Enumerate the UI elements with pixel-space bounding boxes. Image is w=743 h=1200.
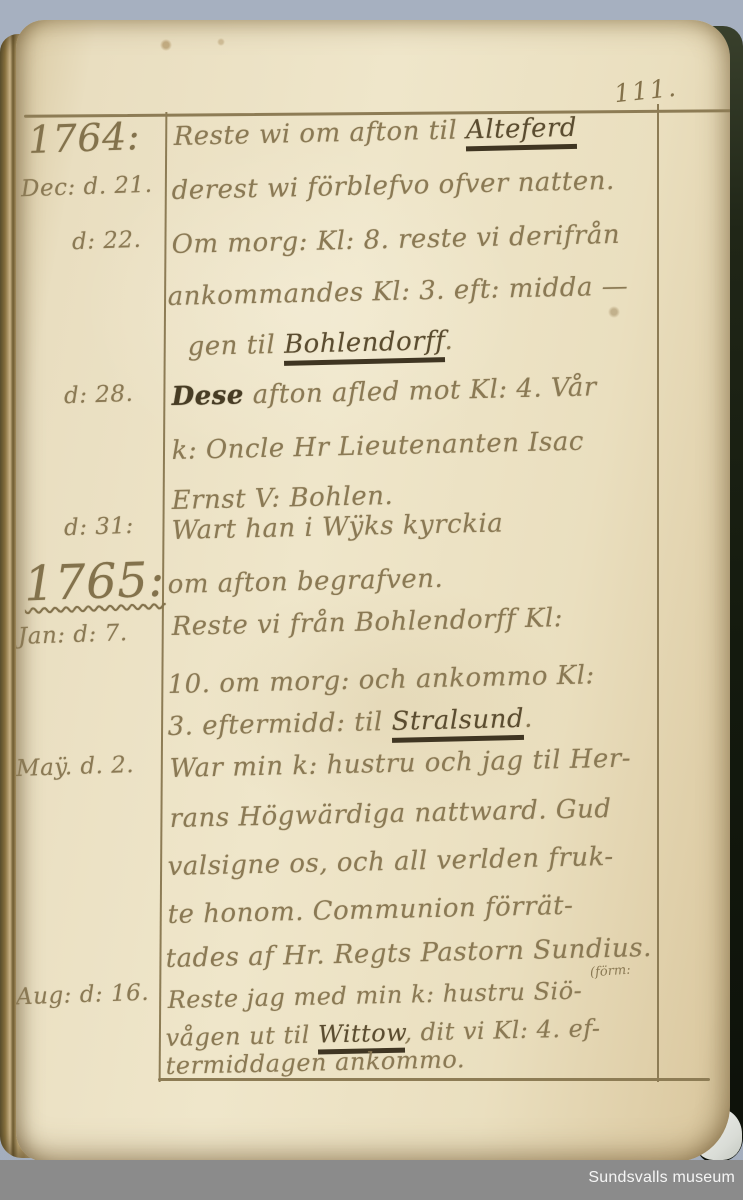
diary-line: Reste jag med min k: hustru Siö- [167,977,582,1014]
diary-line: Reste wi om afton til Alteferd [173,113,577,152]
diary-line: k: Oncle Hr Lieutenanten Isac [171,427,584,466]
place-name-alteferd: Alteferd [466,113,578,152]
margin-year-1765-text: 1765: [23,552,166,613]
margin-date-d31: d: 31: [64,513,135,541]
margin-date-d22: d: 22. [72,227,142,255]
ruled-line-right-margin [657,104,659,1082]
ruled-line-bottom [158,1078,710,1081]
margin-year-1764: 1764: [27,114,140,162]
place-name-bohlendorff: Bohlendorff [284,326,445,366]
diary-line: gen til Bohlendorff. [187,326,453,362]
margin-year-1765: 1765: [23,552,166,613]
margin-date-may2: Maÿ. d. 2. [16,752,135,782]
diary-line: Reste vi från Bohlendorff Kl: [171,603,563,642]
museum-credit-text: Sundsvalls museum [588,1169,735,1187]
museum-credit-bar: Sundsvalls museum [0,1160,743,1200]
diary-line: valsigne os, och all verlden fruk- [167,842,614,882]
diary-line: tades af Hr. Regts Pastorn Sundius. [165,933,652,974]
manuscript-page: 111. 1764: Dec: d. 21. d: 22. d: 28. d: … [16,20,730,1162]
interlinear-note: (förm: [590,963,632,981]
place-name-stralsund: Stralsund [391,704,524,743]
emphasized-word: Dese [171,380,244,412]
diary-line: termiddagen ankommo. [165,1045,465,1080]
diary-line: derest wi förblefvo ofver natten. [171,166,615,206]
margin-date-aug16: Aug: d: 16. [16,980,149,1011]
diary-line: Dese afton afled mot Kl: 4. Vår [171,372,597,412]
page-number: 111. [613,73,679,108]
diary-line: om afton begrafven. [167,564,443,600]
diary-line: War min k: hustru och jag til Her- [169,744,631,784]
margin-date-jan7: Jan: d: 7. [18,620,128,650]
diary-line: te honom. Communion förrät- [167,891,573,930]
diary-line: 3. eftermidd: til Stralsund. [167,704,533,742]
diary-line: ankommandes Kl: 3. eft: midda — [167,272,628,312]
margin-date-d28: d: 28. [64,381,134,409]
diary-line: Wart han i Wÿks kyrckia [171,508,503,546]
diary-line: Om morg: Kl: 8. reste vi derifrån [171,220,620,260]
diary-line: 10. om morg: och ankommo Kl: [167,660,595,700]
diary-photograph: 111. 1764: Dec: d. 21. d: 22. d: 28. d: … [0,0,743,1200]
margin-date-dec21: Dec: d. 21. [21,172,153,203]
diary-line: rans Högwärdiga nattward. Gud [169,794,612,834]
